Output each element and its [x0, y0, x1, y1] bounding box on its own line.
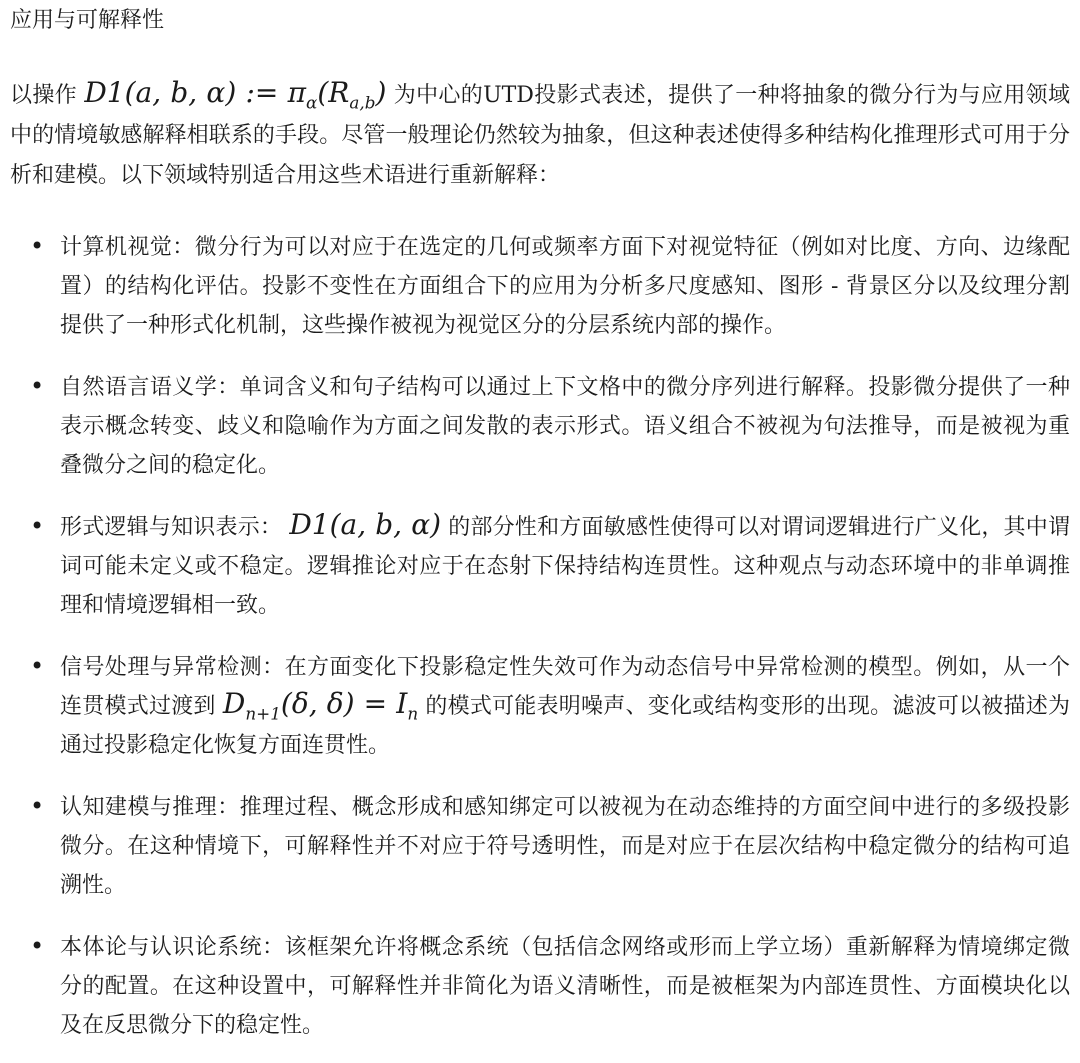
- list-item-cognitive-modeling: •认知建模与推理：推理过程、概念形成和感知绑定可以被视为在动态维持的方面空间中进…: [10, 788, 1070, 905]
- page-title: 应用与可解释性: [10, 6, 1070, 36]
- bullet-icon: •: [30, 507, 44, 546]
- formula-part: D: [223, 687, 245, 720]
- formula-part: D1(a, b, α) := π: [84, 76, 306, 109]
- bullet-colon: ：: [260, 515, 282, 540]
- formula-part: (R: [317, 76, 349, 109]
- bullet-colon: ：: [172, 235, 194, 260]
- intro-lead-text: 以操作: [10, 83, 84, 108]
- formula-subscript: n+1: [245, 704, 281, 724]
- formula-subscript: n: [407, 704, 418, 724]
- formula-d1-definition: D1(a, b, α) := πα(Ra,b): [84, 76, 386, 109]
- bullet-icon: •: [30, 227, 44, 266]
- list-item-nl-semantics: •自然语言语义学：单词含义和句子结构可以通过上下文格中的微分序列进行解释。投影微…: [10, 368, 1070, 485]
- bullet-colon: ：: [217, 795, 239, 820]
- list-item-formal-logic: •形式逻辑与知识表示： D1(a, b, α) 的部分性和方面敏感性使得可以对谓…: [10, 508, 1070, 625]
- bullet-label: 计算机视觉: [60, 235, 172, 260]
- bullet-icon: •: [30, 787, 44, 826]
- bullet-colon: ：: [262, 655, 284, 680]
- list-item-computer-vision: •计算机视觉：微分行为可以对应于在选定的几何或频率方面下对视觉特征（例如对比度、…: [10, 228, 1070, 345]
- document-page: 应用与可解释性 以操作 D1(a, b, α) := πα(Ra,b) 为中心的…: [0, 0, 1080, 1045]
- bullet-icon: •: [30, 367, 44, 406]
- bullet-text: 微分行为可以对应于在选定的几何或频率方面下对视觉特征（例如对比度、方向、边缘配置…: [60, 235, 1070, 338]
- formula-subscript: α: [306, 93, 317, 113]
- intro-paragraph: 以操作 D1(a, b, α) := πα(Ra,b) 为中心的UTD投影式表述…: [10, 76, 1070, 196]
- bullet-label: 形式逻辑与知识表示: [60, 515, 260, 540]
- bullet-label: 自然语言语义学: [60, 375, 217, 400]
- list-item-ontology-epistemology: •本体论与认识论系统：该框架允许将概念系统（包括信念网络或形而上学立场）重新解释…: [10, 928, 1070, 1045]
- formula-part: D1(a, b, α): [289, 508, 441, 541]
- topics-list: •计算机视觉：微分行为可以对应于在选定的几何或频率方面下对视觉特征（例如对比度、…: [10, 228, 1070, 1045]
- bullet-label: 认知建模与推理: [60, 795, 217, 820]
- formula-subscript: a,b: [349, 93, 375, 113]
- bullet-icon: •: [30, 927, 44, 966]
- bullet-colon: ：: [262, 935, 284, 960]
- bullet-colon: ：: [217, 375, 239, 400]
- formula-part: (δ, δ) = I: [281, 687, 407, 720]
- formula-dn1-identity: Dn+1(δ, δ) = In: [223, 687, 418, 720]
- formula-d1-args: D1(a, b, α): [289, 508, 441, 541]
- list-item-signal-processing: •信号处理与异常检测：在方面变化下投影稳定性失效可作为动态信号中异常检测的模型。…: [10, 648, 1070, 765]
- bullet-label: 信号处理与异常检测: [60, 655, 262, 680]
- bullet-icon: •: [30, 647, 44, 686]
- bullet-label: 本体论与认识论系统: [60, 935, 262, 960]
- formula-part: ): [375, 76, 386, 109]
